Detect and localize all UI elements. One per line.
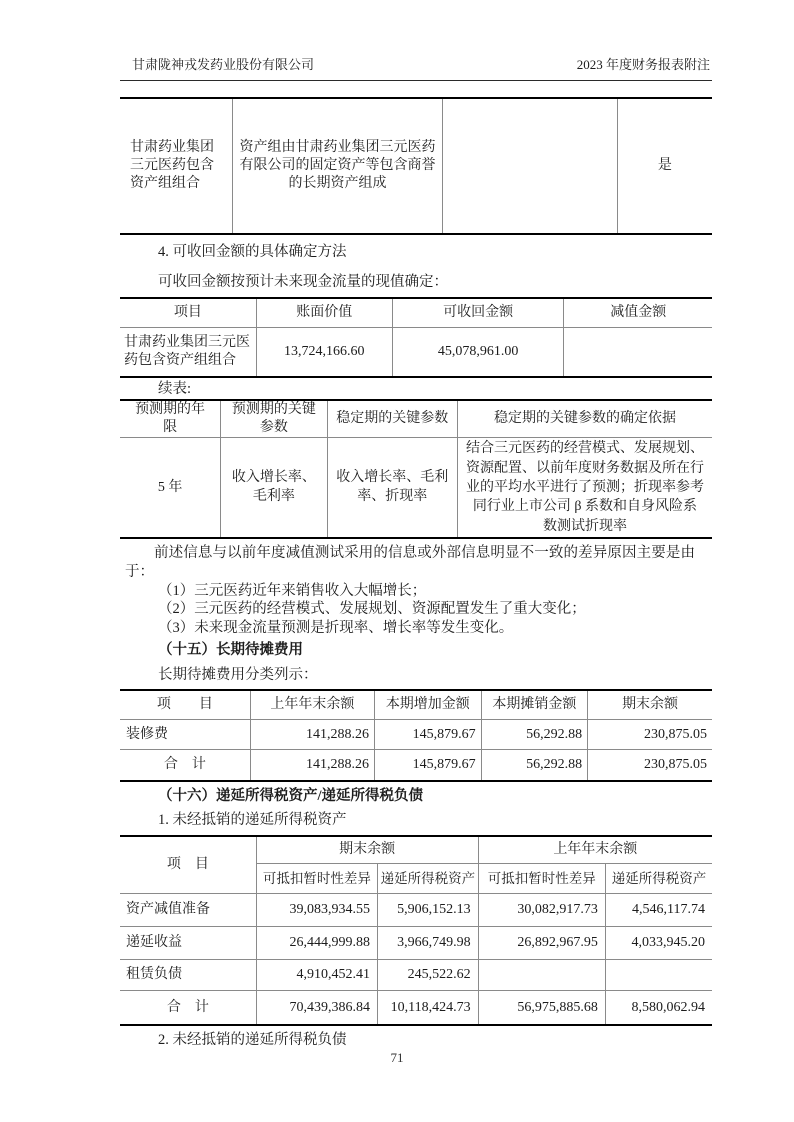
amount-cell: 70,439,386.84 <box>256 991 377 1026</box>
params-basis-cell: 结合三元医药的经营模式、发展规划、资源配置、以前年度财务数据及所在行业的平均水平… <box>457 438 712 538</box>
amount-cell: 4,033,945.20 <box>605 927 712 960</box>
group-header-closing: 期末余额 <box>256 836 478 864</box>
col-header: 本期增加金额 <box>375 690 482 720</box>
col-header: 本期摊销金额 <box>481 690 588 720</box>
page-header: 甘肃陇神戎发药业股份有限公司 2023 年度财务报表附注 <box>120 54 712 81</box>
table-row: 装修费 141,288.26 145,879.67 56,292.88 230,… <box>120 720 712 750</box>
amount-cell: 56,292.88 <box>481 750 588 782</box>
section4-intro: 可收回金额按预计未来现金流量的现值确定： <box>158 273 712 291</box>
amount-cell: 141,288.26 <box>250 720 374 750</box>
recoverable-amount-table: 项目 账面价值 可收回金额 减值金额 甘肃药业集团三元医药包含资产组组合 13,… <box>120 297 712 378</box>
item-cell: 甘肃药业集团三元医药包含资产组组合 <box>120 328 256 378</box>
amount-cell: 4,910,452.41 <box>256 960 377 991</box>
item-cell: 装修费 <box>120 720 250 750</box>
group-header-prior-year: 上年年末余额 <box>478 836 712 864</box>
forecast-parameters-table: 预测期的年限 预测期的关键参数 稳定期的关键参数 稳定期的关键参数的确定依据 5… <box>120 399 712 539</box>
table-group-header-row: 项 目 期末余额 上年年末余额 <box>120 836 712 864</box>
col-header: 可收回金额 <box>392 298 564 328</box>
amount-cell: 5,906,152.13 <box>378 894 479 927</box>
page-content: 甘肃药业集团三元医药包含资产组组合 资产组由甘肃药业集团三元医药有限公司的固定资… <box>120 0 712 1049</box>
document-page: 甘肃陇神戎发药业股份有限公司 2023 年度财务报表附注 甘肃药业集团三元医药包… <box>0 0 794 1122</box>
empty-cell <box>443 98 618 234</box>
total-label-cell: 合 计 <box>120 991 256 1026</box>
col-header: 期末余额 <box>588 690 712 720</box>
table-row: 资产减值准备 39,083,934.55 5,906,152.13 30,082… <box>120 894 712 927</box>
section15-intro: 长期待摊费用分类列示： <box>158 667 712 684</box>
table-row: 甘肃药业集团三元医药包含资产组组合 13,724,166.60 45,078,9… <box>120 328 712 378</box>
amount-cell: 10,118,424.73 <box>378 991 479 1026</box>
table-row: 5 年 收入增长率、毛利率 收入增长率、毛利率、折现率 结合三元医药的经营模式、… <box>120 438 712 538</box>
total-label-cell: 合 计 <box>120 750 250 782</box>
col-header: 递延所得税资产 <box>378 864 479 894</box>
col-header: 可抵扣暂时性差异 <box>256 864 377 894</box>
deferred-tax-liability-subheading: 2. 未经抵销的递延所得税负债 <box>158 1032 712 1049</box>
amount-cell: 8,580,062.94 <box>605 991 712 1026</box>
col-header: 减值金额 <box>564 298 712 328</box>
difference-reason-item-2: （2）三元医药的经营模式、发展规划、资源配置发生了重大变化； <box>158 600 712 619</box>
asset-group-name-cell: 甘肃药业集团三元医药包含资产组组合 <box>120 98 232 234</box>
section15-heading: （十五）长期待摊费用 <box>158 640 712 660</box>
stable-key-params-cell: 收入增长率、毛利率、折现率 <box>327 438 457 538</box>
header-company-name: 甘肃陇神戎发药业股份有限公司 <box>120 57 314 72</box>
col-header: 项目 <box>120 298 256 328</box>
recoverable-amount-cell: 45,078,961.00 <box>392 328 564 378</box>
col-header: 递延所得税资产 <box>605 864 712 894</box>
amount-cell: 145,879.67 <box>375 750 482 782</box>
amount-cell <box>478 960 605 991</box>
item-cell: 资产减值准备 <box>120 894 256 927</box>
col-header: 上年年末余额 <box>250 690 374 720</box>
amount-cell: 4,546,117.74 <box>605 894 712 927</box>
col-header: 稳定期的关键参数 <box>327 400 457 438</box>
deferred-tax-asset-subheading: 1. 未经抵销的递延所得税资产 <box>158 812 712 829</box>
col-header: 稳定期的关键参数的确定依据 <box>457 400 712 438</box>
col-header: 预测期的关键参数 <box>221 400 328 438</box>
amount-cell: 230,875.05 <box>588 750 712 782</box>
amount-cell: 56,292.88 <box>481 720 588 750</box>
amount-cell: 145,879.67 <box>375 720 482 750</box>
lt-deferred-expense-table: 项 目 上年年末余额 本期增加金额 本期摊销金额 期末余额 装修费 141,28… <box>120 689 712 782</box>
table-row: 递延收益 26,444,999.88 3,966,749.98 26,892,9… <box>120 927 712 960</box>
amount-cell: 3,966,749.98 <box>378 927 479 960</box>
amount-cell: 30,082,917.73 <box>478 894 605 927</box>
item-col-header: 项 目 <box>120 836 256 894</box>
continued-table-label: 续表: <box>158 381 712 397</box>
difference-reason-paragraph: 前述信息与以前年度减值测试采用的信息或外部信息明显不一致的差异原因主要是由于： <box>125 544 695 582</box>
table-header-row: 预测期的年限 预测期的关键参数 稳定期的关键参数 稳定期的关键参数的确定依据 <box>120 400 712 438</box>
difference-reason-item-3: （3）未来现金流量预测是折现率、增长率等发生变化。 <box>158 619 712 638</box>
col-header: 可抵扣暂时性差异 <box>478 864 605 894</box>
difference-reason-item-1: （1）三元医药近年来销售收入大幅增长； <box>158 582 712 601</box>
table-total-row: 合 计 70,439,386.84 10,118,424.73 56,975,8… <box>120 991 712 1026</box>
col-header: 预测期的年限 <box>120 400 221 438</box>
section4-heading: 4. 可收回金额的具体确定方法 <box>158 243 712 261</box>
amount-cell: 56,975,885.68 <box>478 991 605 1026</box>
item-cell: 租赁负债 <box>120 960 256 991</box>
deferred-tax-asset-table: 项 目 期末余额 上年年末余额 可抵扣暂时性差异 递延所得税资产 可抵扣暂时性差… <box>120 835 712 1026</box>
table-row: 甘肃药业集团三元医药包含资产组组合 资产组由甘肃药业集团三元医药有限公司的固定资… <box>120 98 712 234</box>
amount-cell: 26,444,999.88 <box>256 927 377 960</box>
table-header-row: 项 目 上年年末余额 本期增加金额 本期摊销金额 期末余额 <box>120 690 712 720</box>
amount-cell: 245,522.62 <box>378 960 479 991</box>
table-total-row: 合 计 141,288.26 145,879.67 56,292.88 230,… <box>120 750 712 782</box>
header-doc-title: 2023 年度财务报表附注 <box>577 54 712 73</box>
page-number: 71 <box>0 1050 794 1066</box>
amount-cell: 39,083,934.55 <box>256 894 377 927</box>
section16-heading: （十六）递延所得税资产/递延所得税负债 <box>158 786 712 806</box>
amount-cell <box>605 960 712 991</box>
amount-cell: 26,892,967.95 <box>478 927 605 960</box>
forecast-key-params-cell: 收入增长率、毛利率 <box>221 438 328 538</box>
table-header-row: 项目 账面价值 可收回金额 减值金额 <box>120 298 712 328</box>
table-row: 租赁负债 4,910,452.41 245,522.62 <box>120 960 712 991</box>
asset-group-desc-cell: 资产组由甘肃药业集团三元医药有限公司的固定资产等包含商誉的长期资产组成 <box>232 98 442 234</box>
col-header: 项 目 <box>120 690 250 720</box>
amount-cell: 230,875.05 <box>588 720 712 750</box>
consistent-flag-cell: 是 <box>617 98 712 234</box>
amount-cell: 141,288.26 <box>250 750 374 782</box>
item-cell: 递延收益 <box>120 927 256 960</box>
forecast-period-cell: 5 年 <box>120 438 221 538</box>
impairment-amount-cell <box>564 328 712 378</box>
col-header: 账面价值 <box>256 298 392 328</box>
book-value-cell: 13,724,166.60 <box>256 328 392 378</box>
goodwill-asset-group-table: 甘肃药业集团三元医药包含资产组组合 资产组由甘肃药业集团三元医药有限公司的固定资… <box>120 97 712 235</box>
